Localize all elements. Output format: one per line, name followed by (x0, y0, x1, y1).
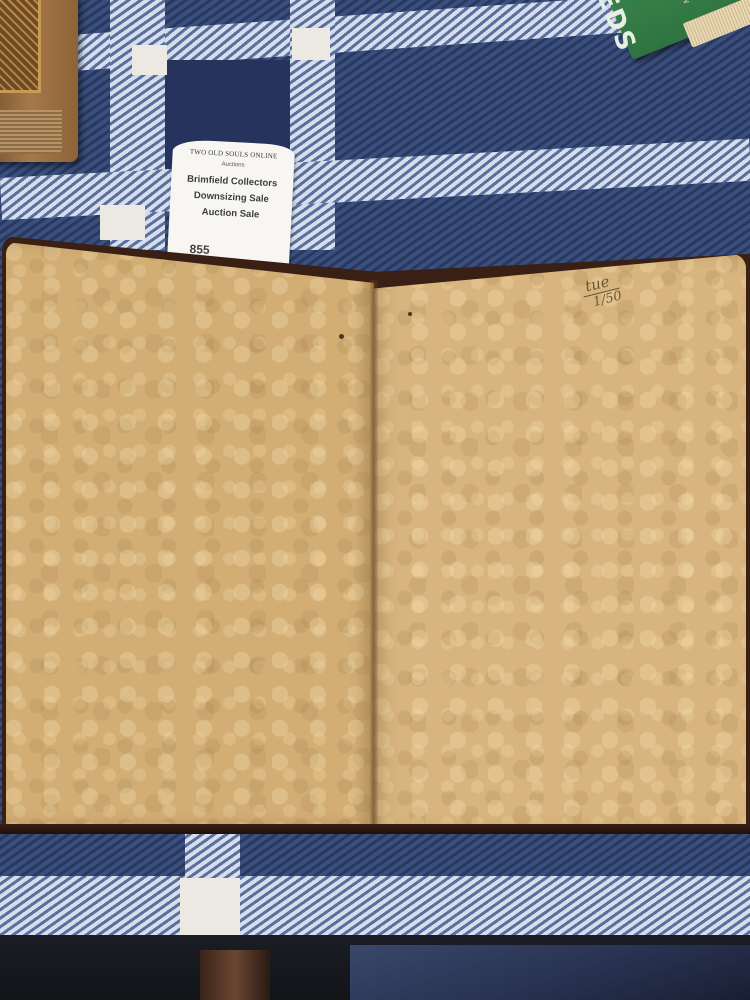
open-book (0, 236, 750, 834)
blanket-white-square (132, 45, 167, 75)
sale-name: Brimfield Collectors (171, 173, 293, 190)
auctioneer-subtitle: Auctions (172, 159, 294, 171)
gilt-panel (0, 0, 41, 93)
page-spot (408, 312, 412, 316)
book-bottom-edge (0, 824, 750, 834)
sale-label: Auction Sale (169, 205, 291, 222)
book-gutter (370, 280, 378, 828)
photo-scene: MEDS NOW TWO OLD SOULS ONLINE Auctions B… (0, 0, 750, 1000)
ornate-leather-book (0, 0, 78, 162)
blanket-fold (350, 945, 750, 1000)
blanket-white-square (180, 878, 240, 940)
wood-object (200, 950, 270, 1000)
book-page-edges (0, 110, 62, 154)
blanket-light-band (185, 834, 240, 878)
page-spot (339, 334, 344, 339)
right-endpaper (374, 254, 746, 828)
left-endpaper (6, 242, 374, 826)
blanket-light-band (0, 876, 750, 942)
blanket-white-square (292, 28, 330, 60)
blanket-white-square (100, 205, 145, 240)
sale-type: Downsizing Sale (170, 189, 292, 206)
